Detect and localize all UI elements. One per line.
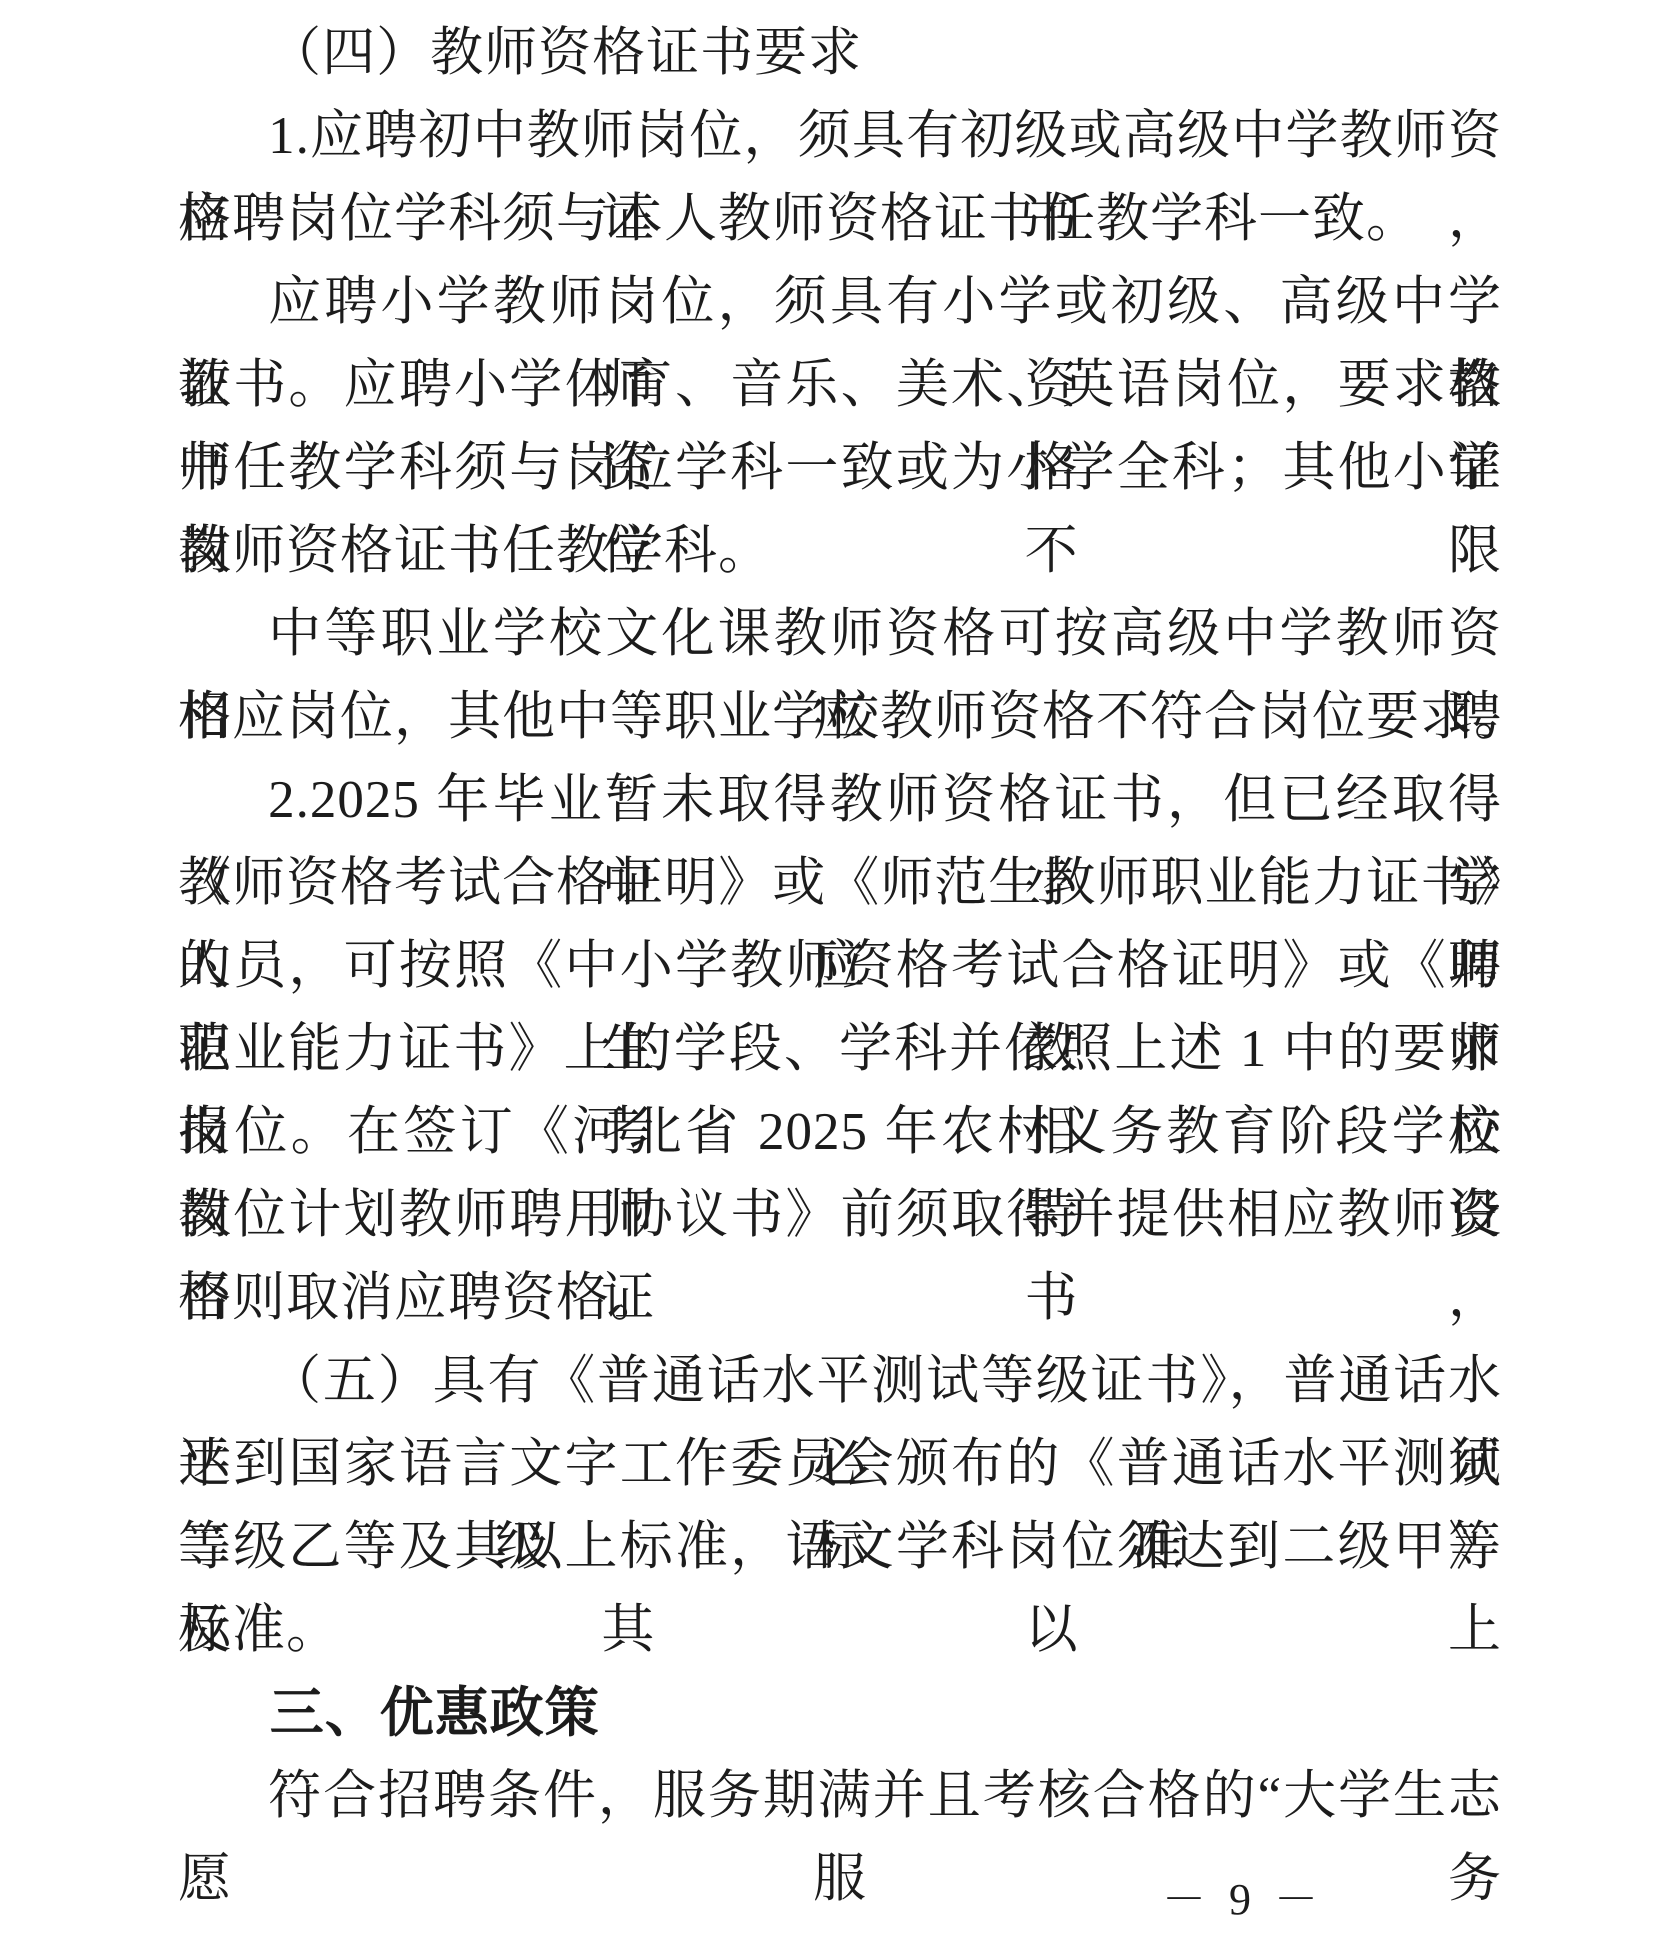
text-line: 二级乙等及其以上标准，语文学科岗位须达到二级甲等及其以上 — [178, 1506, 1502, 1589]
text-line: 岗位计划教师聘用协议书》前须取得并提供相应教师资格证书， — [178, 1174, 1502, 1257]
document-body: （四）教师资格证书要求1.应聘初中教师岗位，须具有初级或高级中学教师资格证书，应… — [178, 12, 1502, 1838]
text-line: 岗位。在签订《河北省 2025 年农村义务教育阶段学校教师特设 — [178, 1091, 1502, 1174]
text-line: 符合招聘条件，服务期满并且考核合格的“大学生志愿服务 — [178, 1755, 1502, 1838]
text-line: 证书。应聘小学体育、音乐、美术、英语岗位，要求教师资格证 — [178, 344, 1502, 427]
document-page: （四）教师资格证书要求1.应聘初中教师岗位，须具有初级或高级中学教师资格证书，应… — [0, 0, 1654, 1943]
text-line: 教师资格考试合格证明》或《师范生教师职业能力证书》的应聘 — [178, 842, 1502, 925]
text-line: （四）教师资格证书要求 — [178, 12, 1502, 95]
page-number: － 9 － — [1162, 1863, 1324, 1927]
section-heading: 三、优惠政策 — [178, 1672, 1502, 1755]
text-line: 2.2025 年毕业暂未取得教师资格证书，但已经取得《中小学 — [178, 759, 1502, 842]
text-line: 应聘岗位学科须与本人教师资格证书任教学科一致。 — [178, 178, 1502, 261]
text-line: （五）具有《普通话水平测试等级证书》，普通话水平必须 — [178, 1340, 1502, 1423]
text-line: 中等职业学校文化课教师资格可按高级中学教师资格应聘 — [178, 593, 1502, 676]
text-line: 相应岗位，其他中等职业学校教师资格不符合岗位要求。 — [178, 676, 1502, 759]
text-line: 书任教学科须与岗位学科一致或为小学全科；其他小学岗位不限 — [178, 427, 1502, 510]
text-line: 应聘小学教师岗位，须具有小学或初级、高级中学教师资格 — [178, 261, 1502, 344]
text-line: 人员，可按照《中小学教师资格考试合格证明》或《师范生教师 — [178, 925, 1502, 1008]
text-line: 职业能力证书》上的学段、学科并依照上述 1 中的要求报考相应 — [178, 1008, 1502, 1091]
text-line: 达到国家语言文字工作委员会颁布的《普通话水平测试等级标准》 — [178, 1423, 1502, 1506]
text-line: 1.应聘初中教师岗位，须具有初级或高级中学教师资格证书， — [178, 95, 1502, 178]
